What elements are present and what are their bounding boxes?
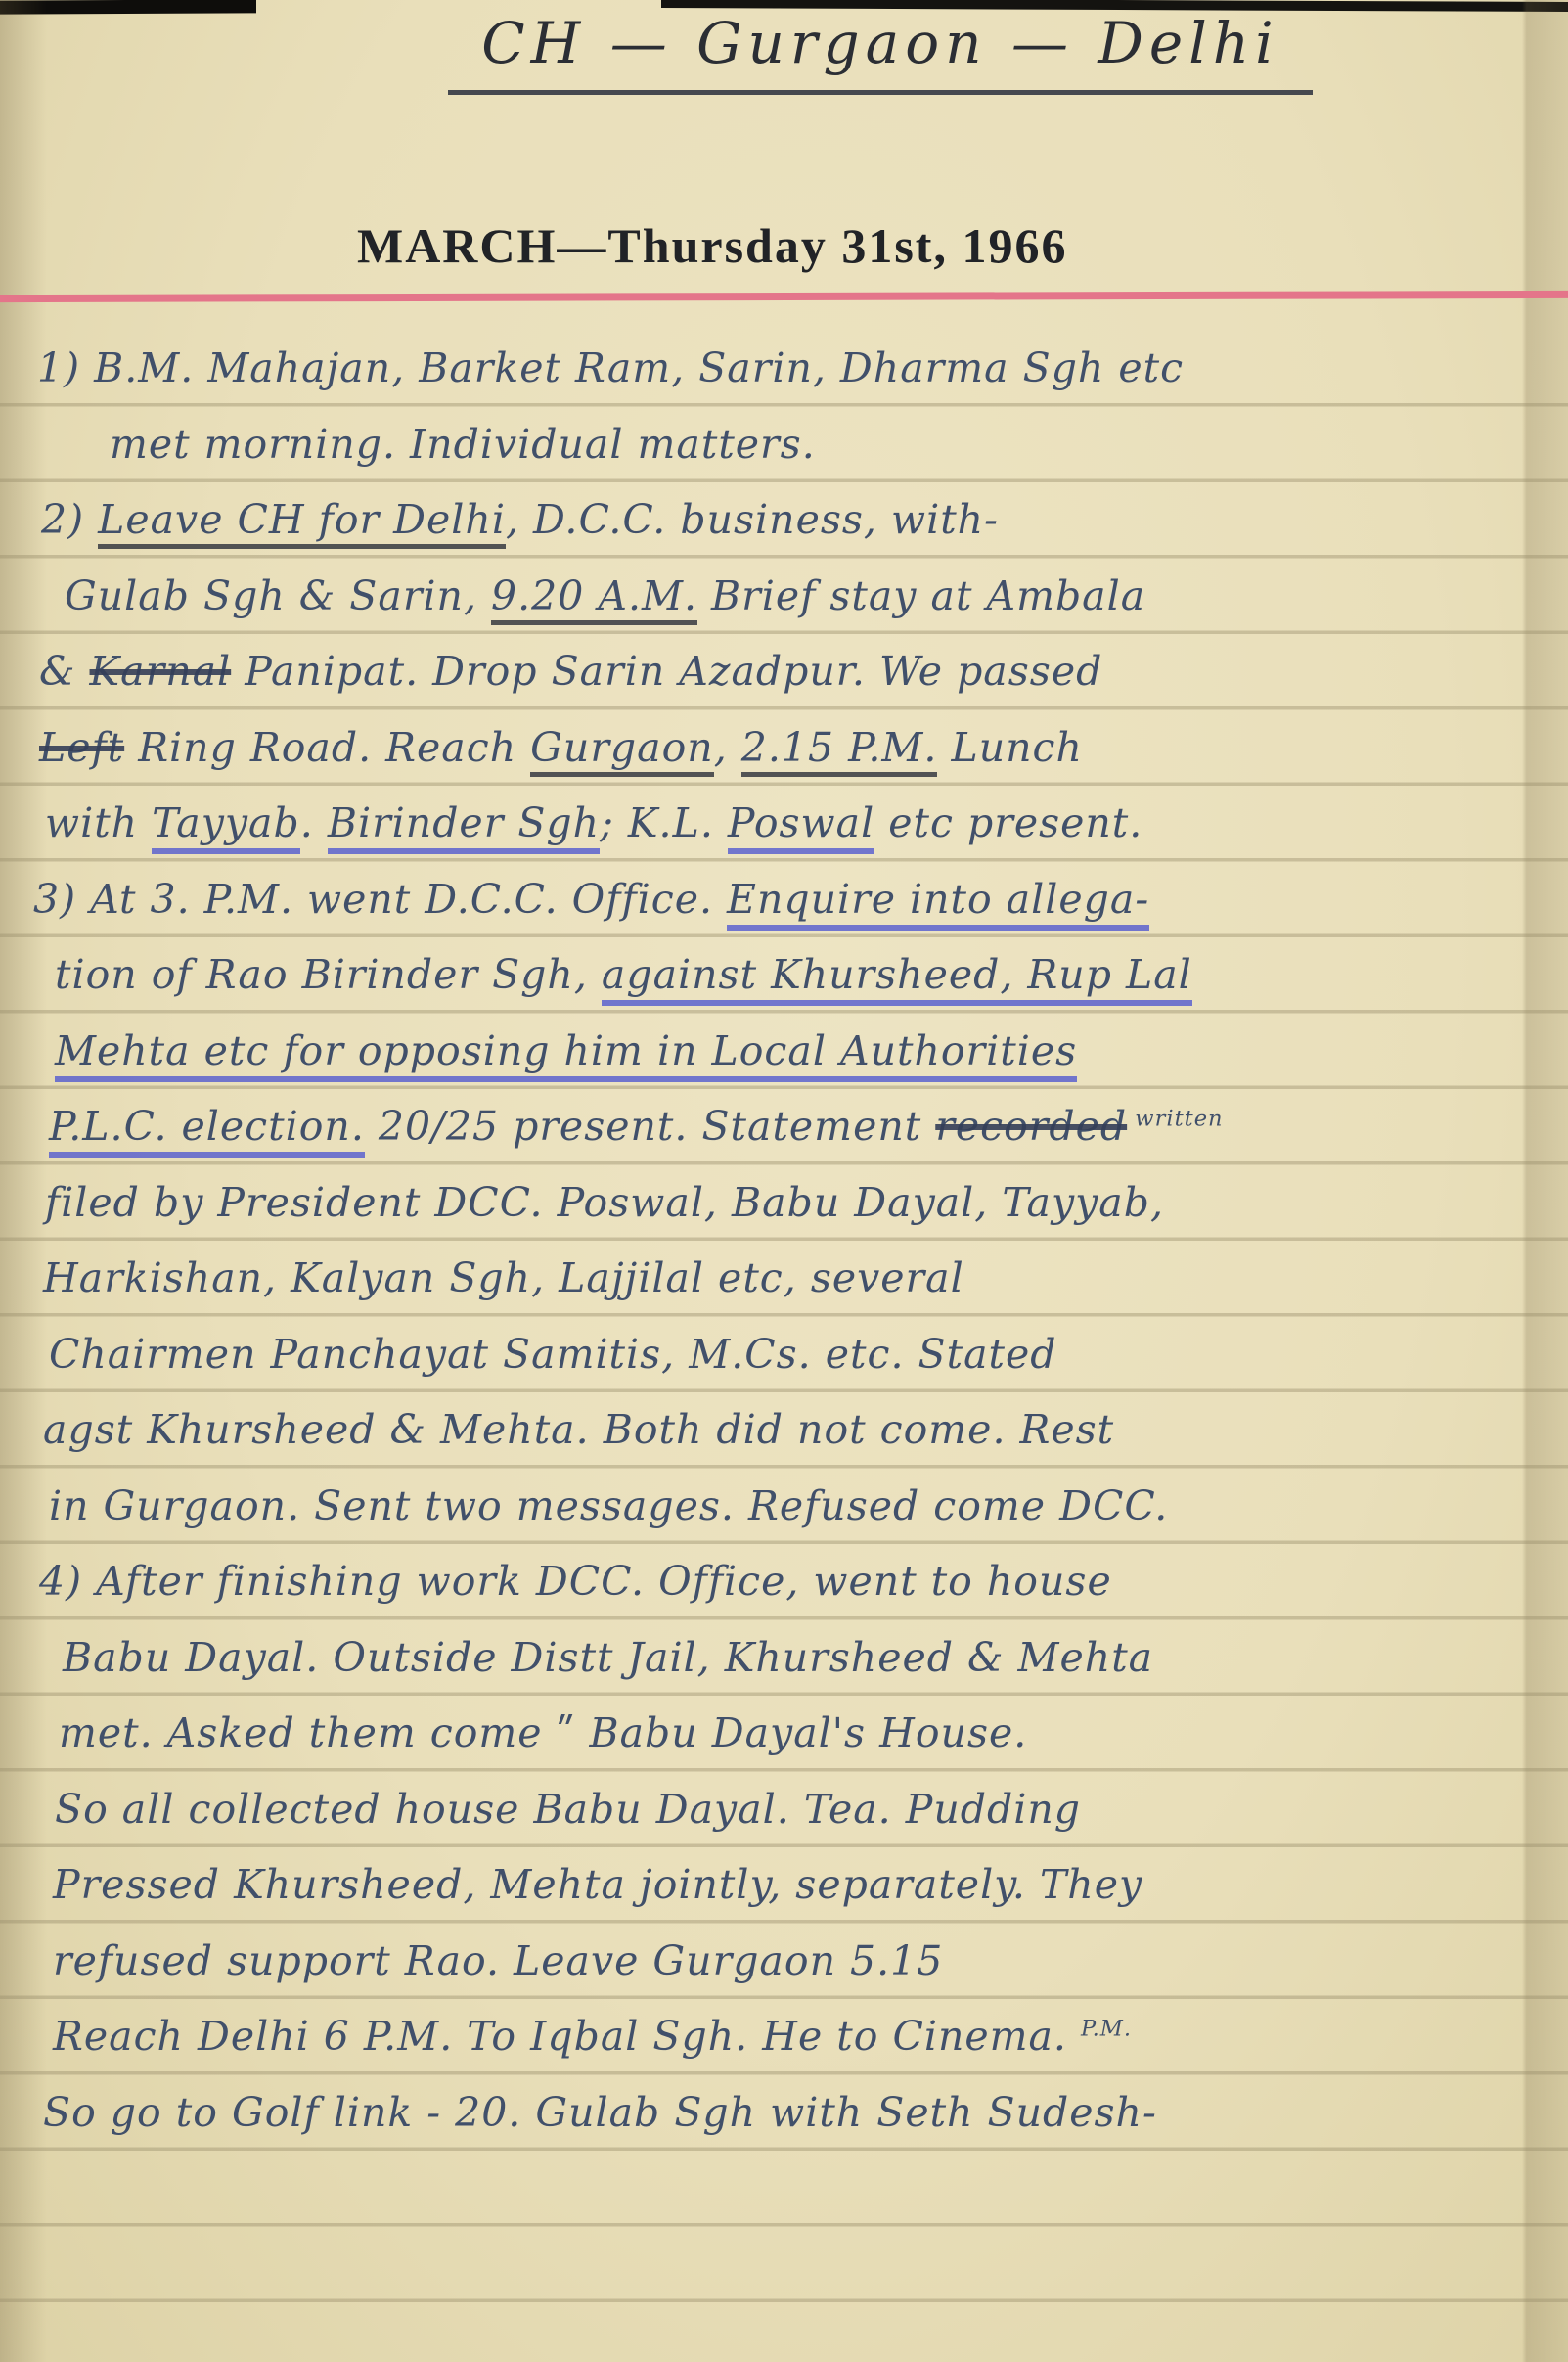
handwriting-segment: Pressed Khursheed, Mehta jointly, separa… [53,1861,1142,1908]
handwriting-segment: 1) B.M. Mahajan, Barket Ram, Sarin, Dhar… [37,344,1184,391]
handwriting-segment: So go to Golf link - 20. Gulab Sgh with … [43,2089,1157,2136]
handwriting-segment: Lunch [937,724,1082,771]
handwritten-line: Gulab Sgh & Sarin, 9.20 A.M. Brief stay … [0,559,1568,635]
handwritten-line: Mehta etc for opposing him in Local Auth… [0,1014,1568,1090]
handwritten-line: agst Khursheed & Mehta. Both did not com… [0,1392,1568,1469]
handwriting-segment: Gurgaon [530,724,714,777]
handwriting-segment: Ring Road. Reach [124,724,530,771]
handwriting-segment: P.L.C. election. [49,1103,365,1158]
handwriting-segment: & [39,648,90,695]
handwriting-segment: 20/25 present. Statement [365,1103,935,1150]
handwriting-segment: in Gurgaon. Sent two messages. Refused c… [49,1482,1168,1529]
handwriting-segment: 2.15 P.M. [741,724,938,777]
entry-lines: 1) B.M. Mahajan, Barket Ram, Sarin, Dhar… [0,331,1568,2151]
handwriting-segment: tion of Rao Birinder Sgh, [55,951,602,998]
handwritten-line: 4) After finishing work DCC. Office, wen… [0,1544,1568,1620]
handwriting-segment: So all collected house Babu Dayal. Tea. … [55,1786,1081,1833]
handwriting-segment: . [300,799,328,846]
handwritten-line: Pressed Khursheed, Mehta jointly, separa… [0,1847,1568,1924]
handwriting-segment: recorded [935,1103,1127,1150]
handwritten-line: Harkishan, Kalyan Sgh, Lajjilal etc, sev… [0,1241,1568,1317]
handwritten-line: Reach Delhi 6 P.M. To Iqbal Sgh. He to C… [0,1999,1568,2075]
handwriting-segment: Mehta etc for opposing him in Local Auth… [55,1027,1077,1082]
handwriting-segment: Leave CH for Delhi [98,496,506,549]
handwritten-line: Babu Dayal. Outside Distt Jail, Khurshee… [0,1620,1568,1697]
diary-page: CH — Gurgaon — Delhi MARCH—Thursday 31st… [0,0,1568,2362]
handwritten-line: met morning. Individual matters. [0,407,1568,483]
handwriting-segment: agst Khursheed & Mehta. Both did not com… [43,1406,1114,1453]
handwriting-segment: Tayyab [152,799,300,854]
handwritten-line: met. Asked them come ʺ Babu Dayal's Hous… [0,1696,1568,1772]
handwriting-segment: Birinder Sgh [328,799,600,854]
journey-title-text: CH — Gurgaon — Delhi [448,10,1312,95]
handwriting-segment: Poswal [728,799,874,854]
handwritten-line: So go to Golf link - 20. Gulab Sgh with … [0,2075,1568,2152]
handwritten-line: with Tayyab. Birinder Sgh; K.L. Poswal e… [0,786,1568,862]
handwriting-segment: etc present. [874,799,1142,846]
handwriting-segment: P.M. [1081,2016,1132,2041]
printed-accent-rule [0,291,1568,302]
handwriting-segment: 2) [41,496,98,543]
handwritten-line: 1) B.M. Mahajan, Barket Ram, Sarin, Dhar… [0,331,1568,407]
handwritten-line: Chairmen Panchayat Samitis, M.Cs. etc. S… [0,1317,1568,1393]
handwriting-segment: Harkishan, Kalyan Sgh, Lajjilal etc, sev… [43,1254,964,1301]
handwriting-segment: Reach Delhi 6 P.M. To Iqbal Sgh. He to C… [53,2013,1081,2060]
handwriting-segment: 4) After finishing work DCC. Office, wen… [39,1558,1112,1605]
handwriting-segment: Babu Dayal. Outside Distt Jail, Khurshee… [63,1634,1153,1681]
handwriting-segment: with [45,799,152,846]
handwriting-segment: Gulab Sgh & Sarin, [65,572,491,619]
handwriting-segment: 3) At 3. P.M. went D.C.C. Office. [33,876,727,923]
handwriting-segment: met morning. Individual matters. [110,421,816,468]
handwritten-line: So all collected house Babu Dayal. Tea. … [0,1772,1568,1848]
handwriting-segment: met. Asked them come ʺ Babu Dayal's Hous… [59,1709,1027,1756]
handwriting-segment: against Khursheed, Rup Lal [602,951,1192,1006]
handwriting-segment: Panipat. Drop Sarin Azadpur. We passed [231,648,1102,695]
handwriting-segment: Chairmen Panchayat Samitis, M.Cs. etc. S… [49,1331,1057,1378]
handwriting-segment: Left [39,724,124,771]
journey-title: CH — Gurgaon — Delhi [249,10,1511,76]
handwriting-segment: Brief stay at Ambala [697,572,1145,619]
printed-date-heading: MARCH—Thursday 31st, 1966 [357,217,1067,274]
handwritten-line: Left Ring Road. Reach Gurgaon, 2.15 P.M.… [0,710,1568,787]
handwritten-line: P.L.C. election. 20/25 present. Statemen… [0,1089,1568,1165]
handwriting-segment: refused support Rao. Leave Gurgaon 5.15 [53,1937,943,1984]
handwriting-segment: , [714,724,741,771]
handwriting-segment: Karnal [90,648,232,695]
handwritten-line: 2) Leave CH for Delhi, D.C.C. business, … [0,482,1568,559]
handwritten-line: 3) At 3. P.M. went D.C.C. Office. Enquir… [0,862,1568,938]
handwritten-line: tion of Rao Birinder Sgh, against Khursh… [0,937,1568,1014]
handwriting-segment: written [1127,1106,1223,1131]
handwritten-line: in Gurgaon. Sent two messages. Refused c… [0,1469,1568,1545]
handwriting-segment: filed by President DCC. Poswal, Babu Day… [45,1179,1164,1226]
handwriting-segment: Enquire into allega- [727,876,1149,931]
handwriting-segment: ; K.L. [600,799,728,846]
handwriting-segment: , D.C.C. business, with- [506,496,999,543]
handwritten-line: refused support Rao. Leave Gurgaon 5.15 [0,1924,1568,2000]
handwritten-line: filed by President DCC. Poswal, Babu Day… [0,1165,1568,1242]
handwritten-line: & Karnal Panipat. Drop Sarin Azadpur. We… [0,634,1568,710]
handwriting-segment: 9.20 A.M. [491,572,697,625]
